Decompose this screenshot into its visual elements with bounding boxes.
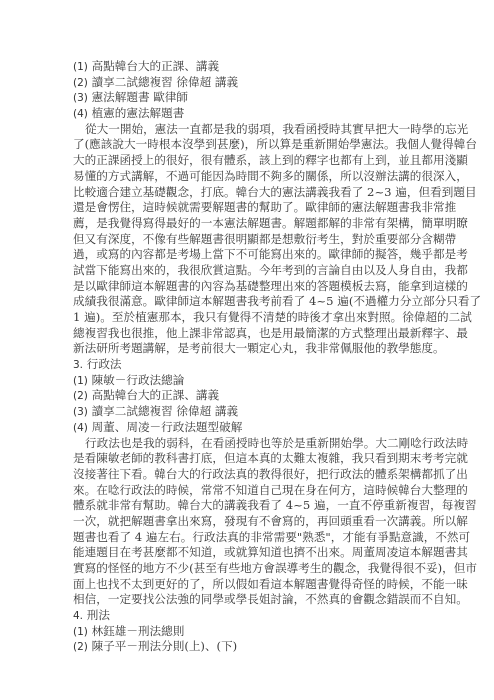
- list-item: (1) 高點韓台大的正課、講義: [73, 59, 425, 75]
- list-item: (1) 陳敏－行政法總論: [73, 373, 425, 389]
- document-page: (1) 高點韓台大的正課、講義 (2) 讀享二試總複習 徐偉超 講義 (3) 憲…: [73, 59, 425, 655]
- administrative-law-paragraph: 行政法也是我的弱科，在看函授時也等於是重新開始學。大二剛唸行政法時 是看陳敏老師…: [73, 436, 425, 609]
- list-item: (3) 讀享二試總複習 徐偉超 講義: [73, 404, 425, 420]
- list-item: (2) 讀享二試總複習 徐偉超 講義: [73, 75, 425, 91]
- list-item: (3) 憲法解題書 歐律師: [73, 90, 425, 106]
- constitution-source-list: (1) 高點韓台大的正課、講義 (2) 讀享二試總複習 徐偉超 講義 (3) 憲…: [73, 59, 425, 122]
- list-item: (4) 植憲的憲法解題書: [73, 106, 425, 122]
- list-item: (2) 陳子平－刑法分則(上)、(下): [73, 639, 425, 655]
- constitution-paragraph: 從大一開始，憲法一直都是我的弱項，我看函授時其實早把大一時學的忘光 了(應該說大…: [73, 122, 425, 357]
- section-heading-administrative-law: 3. 行政法: [73, 357, 425, 373]
- list-item: (1) 林鈺雄－刑法總則: [73, 624, 425, 640]
- administrative-law-source-list: (1) 陳敏－行政法總論 (2) 高點韓台大的正課、講義 (3) 讀享二試總複習…: [73, 373, 425, 436]
- section-heading-criminal-law: 4. 刑法: [73, 608, 425, 624]
- list-item: (4) 周董、周凌－行政法題型破解: [73, 420, 425, 436]
- criminal-law-source-list: (1) 林鈺雄－刑法總則 (2) 陳子平－刑法分則(上)、(下): [73, 624, 425, 655]
- list-item: (2) 高點韓台大的正課、講義: [73, 388, 425, 404]
